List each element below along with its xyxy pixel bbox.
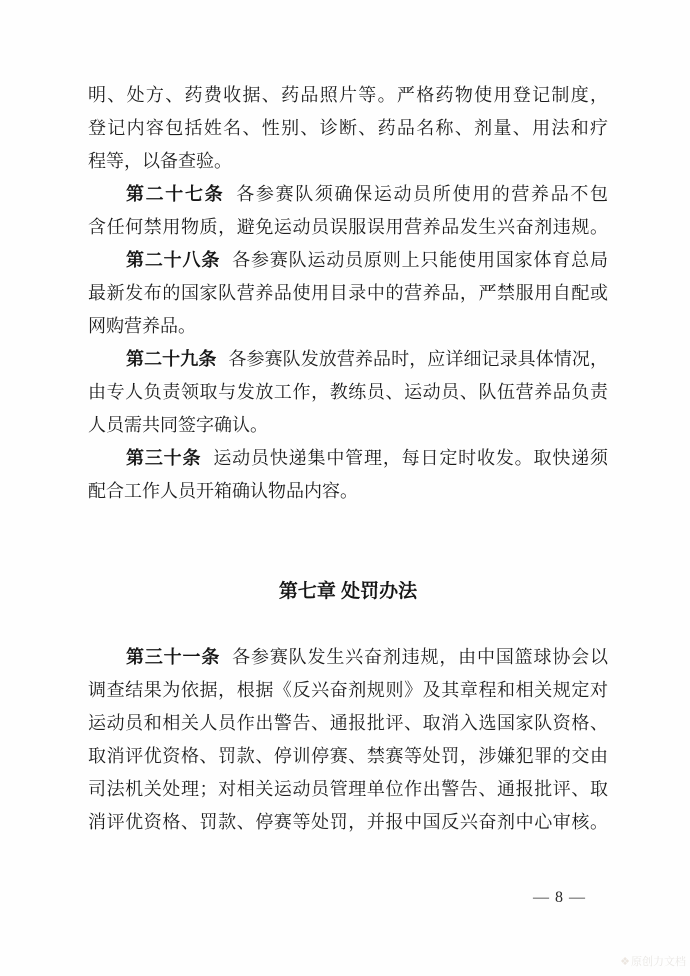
article-term: 第二十七条 — [126, 184, 224, 204]
text-line: 第二十九条各参赛队发放营养品时，应详细记录具体情况， — [88, 343, 608, 376]
text-line: 运动员和相关人员作出警告、通报批评、取消入选国家队资格、 — [88, 707, 608, 740]
text-line: 网购营养品。 — [88, 310, 608, 343]
article-paragraph-29: 第二十九条各参赛队发放营养品时，应详细记录具体情况， 由专人负责领取与发放工作，… — [88, 343, 608, 442]
article-paragraph-30: 第三十条运动员快递集中管理，每日定时收发。取快递须 配合工作人员开箱确认物品内容… — [88, 442, 608, 508]
text-line: 程等，以备查验。 — [88, 145, 608, 178]
text-line: 第二十七条各参赛队须确保运动员所使用的营养品不包 — [88, 178, 608, 211]
article-paragraph-27: 第二十七条各参赛队须确保运动员所使用的营养品不包 含任何禁用物质，避免运动员误服… — [88, 178, 608, 244]
chapter-heading: 第七章 处罚办法 — [88, 575, 608, 609]
article-text: 各参赛队发放营养品时，应详细记录具体情况， — [228, 349, 608, 369]
text-line: 登记内容包括姓名、性别、诊断、药品名称、剂量、用法和疗 — [88, 112, 608, 145]
document-page: 明、处方、药费收据、药品照片等。严格药物使用登记制度， 登记内容包括姓名、性别、… — [0, 0, 690, 976]
article-text: 各参赛队运动员原则上只能使用国家体育总局 — [232, 250, 608, 270]
page-number: — 8 — — [533, 889, 586, 907]
text-line: 最新发布的国家队营养品使用目录中的营养品，严禁服用自配或 — [88, 277, 608, 310]
watermark: ❖原创力文档 — [620, 955, 686, 969]
watermark-label: 原创力文档 — [631, 956, 686, 968]
article-text: 运动员快递集中管理，每日定时收发。取快递须 — [213, 448, 608, 468]
text-line: 消评优资格、罚款、停赛等处罚，并报中国反兴奋剂中心审核。 — [88, 806, 608, 839]
article-term: 第三十一条 — [126, 647, 220, 667]
text-line: 第二十八条各参赛队运动员原则上只能使用国家体育总局 — [88, 244, 608, 277]
text-line: 明、处方、药费收据、药品照片等。严格药物使用登记制度， — [88, 79, 608, 112]
article-paragraph-28: 第二十八条各参赛队运动员原则上只能使用国家体育总局 最新发布的国家队营养品使用目… — [88, 244, 608, 343]
article-term: 第二十九条 — [126, 349, 216, 369]
text-line: 含任何禁用物质，避免运动员误服误用营养品发生兴奋剂违规。 — [88, 211, 608, 244]
text-line: 调查结果为依据，根据《反兴奋剂规则》及其章程和相关规定对 — [88, 674, 608, 707]
article-text: 各参赛队发生兴奋剂违规，由中国篮球协会以 — [232, 647, 608, 667]
text-line: 取消评优资格、罚款、停训停赛、禁赛等处罚，涉嫌犯罪的交由 — [88, 740, 608, 773]
watermark-icon: ❖ — [620, 956, 630, 968]
text-line: 人员需共同签字确认。 — [88, 409, 608, 442]
text-line: 第三十条运动员快递集中管理，每日定时收发。取快递须 — [88, 442, 608, 475]
text-line: 司法机关处理；对相关运动员管理单位作出警告、通报批评、取 — [88, 773, 608, 806]
article-paragraph-31: 第三十一条各参赛队发生兴奋剂违规，由中国篮球协会以 调查结果为依据，根据《反兴奋… — [88, 641, 608, 839]
article-term: 第三十条 — [126, 448, 201, 468]
text-line: 第三十一条各参赛队发生兴奋剂违规，由中国篮球协会以 — [88, 641, 608, 674]
body-text-column: 明、处方、药费收据、药品照片等。严格药物使用登记制度， 登记内容包括姓名、性别、… — [88, 79, 608, 839]
paragraph-continuation: 明、处方、药费收据、药品照片等。严格药物使用登记制度， 登记内容包括姓名、性别、… — [88, 79, 608, 178]
text-line: 配合工作人员开箱确认物品内容。 — [88, 475, 608, 508]
text-line: 由专人负责领取与发放工作，教练员、运动员、队伍营养品负责 — [88, 376, 608, 409]
article-text: 各参赛队须确保运动员所使用的营养品不包 — [236, 184, 608, 204]
article-term: 第二十八条 — [126, 250, 220, 270]
